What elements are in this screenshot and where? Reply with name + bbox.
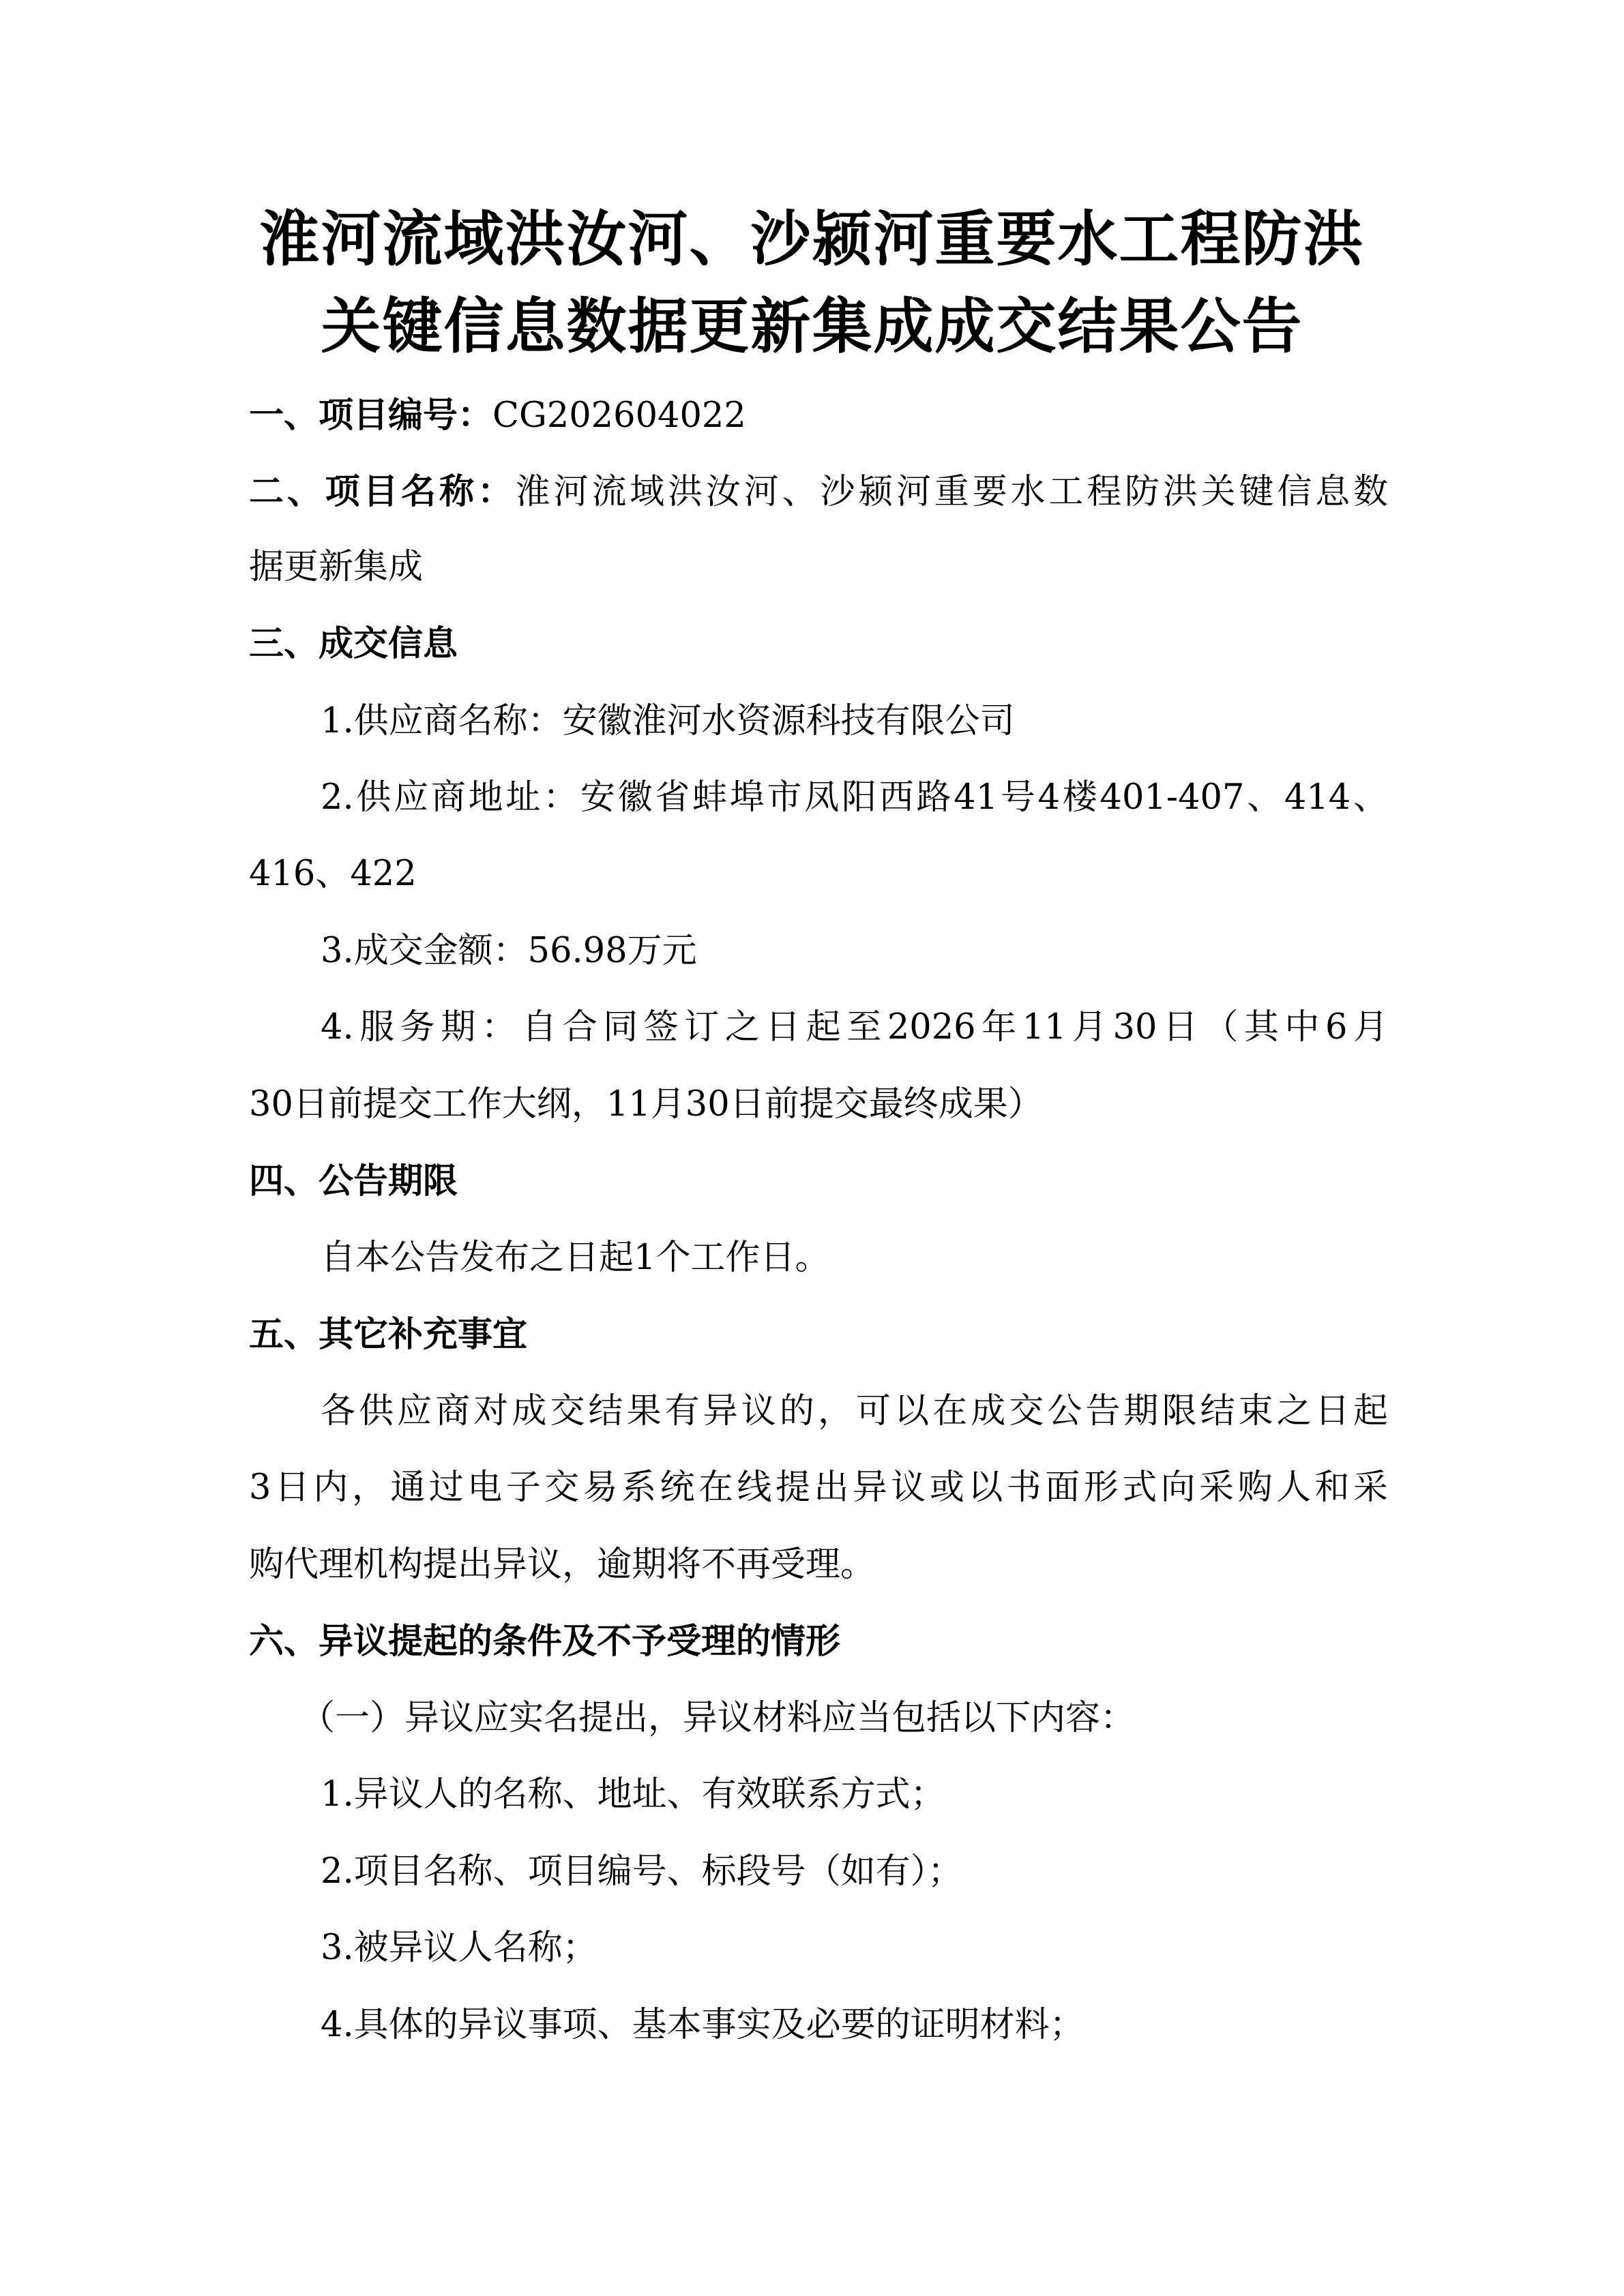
supplementary-text-line3: 购代理机构提出异议，逾期将不再受理。 (249, 1538, 1388, 1592)
section1-project-code: 一、项目编号：CG202604022 (249, 389, 1388, 443)
objection-item-3: 3.被异议人名称； (321, 1921, 1388, 1976)
project-name-label: 二、项目名称： (249, 472, 516, 512)
document-page: 淮河流域洪汝河、沙颍河重要水工程防洪 关键信息数据更新集成成交结果公告 一、项目… (0, 0, 1624, 2296)
project-code-label: 一、项目编号： (249, 396, 492, 436)
project-name-value-line2: 据更新集成 (249, 540, 1388, 595)
document-title-line2: 关键信息数据更新集成成交结果公告 (205, 292, 1419, 360)
project-name-value-line1: 淮河流域洪汝河、沙颍河重要水工程防洪关键信息数 (516, 472, 1388, 512)
section2-project-name: 二、项目名称：淮河流域洪汝河、沙颍河重要水工程防洪关键信息数 (249, 465, 1388, 520)
supplier-name: 1.供应商名称：安徽淮河水资源科技有限公司 (321, 694, 1388, 749)
document-title-line1: 淮河流域洪汝河、沙颍河重要水工程防洪 (205, 205, 1419, 273)
section5-heading: 五、其它补充事宜 (249, 1308, 1388, 1362)
section3-heading: 三、成交信息 (249, 617, 1388, 672)
objection-item-4: 4.具体的异议事项、基本事实及必要的证明材料； (321, 1998, 1388, 2053)
announcement-period-text: 自本公告发布之日起1个工作日。 (321, 1231, 1388, 1285)
objection-subheading: （一）异议应实名提出，异议材料应当包括以下内容： (300, 1691, 1439, 1746)
supplementary-text-line2: 3日内，通过电子交易系统在线提出异议或以书面形式向采购人和采 (249, 1461, 1388, 1515)
objection-item-2: 2.项目名称、项目编号、标段号（如有）； (321, 1845, 1388, 1899)
deal-amount: 3.成交金额：56.98万元 (321, 924, 1388, 979)
supplementary-text-line1: 各供应商对成交结果有异议的，可以在成交公告期限结束之日起 (321, 1384, 1388, 1439)
supplier-address-line2: 416、422 (249, 847, 1388, 901)
supplier-address-line1: 2.供应商地址：安徽省蚌埠市凤阳西路41号4楼401-407、414、 (321, 771, 1388, 825)
service-period-line1: 4.服务期：自合同签订之日起至2026年11月30日（其中6月 (321, 1000, 1388, 1055)
section4-heading: 四、公告期限 (249, 1154, 1388, 1209)
service-period-line2: 30日前提交工作大纲，11月30日前提交最终成果） (249, 1077, 1388, 1132)
objection-item-1: 1.异议人的名称、地址、有效联系方式； (321, 1768, 1388, 1822)
project-code-value: CG202604022 (492, 396, 746, 436)
section6-heading: 六、异议提起的条件及不予受理的情形 (249, 1615, 1388, 1669)
